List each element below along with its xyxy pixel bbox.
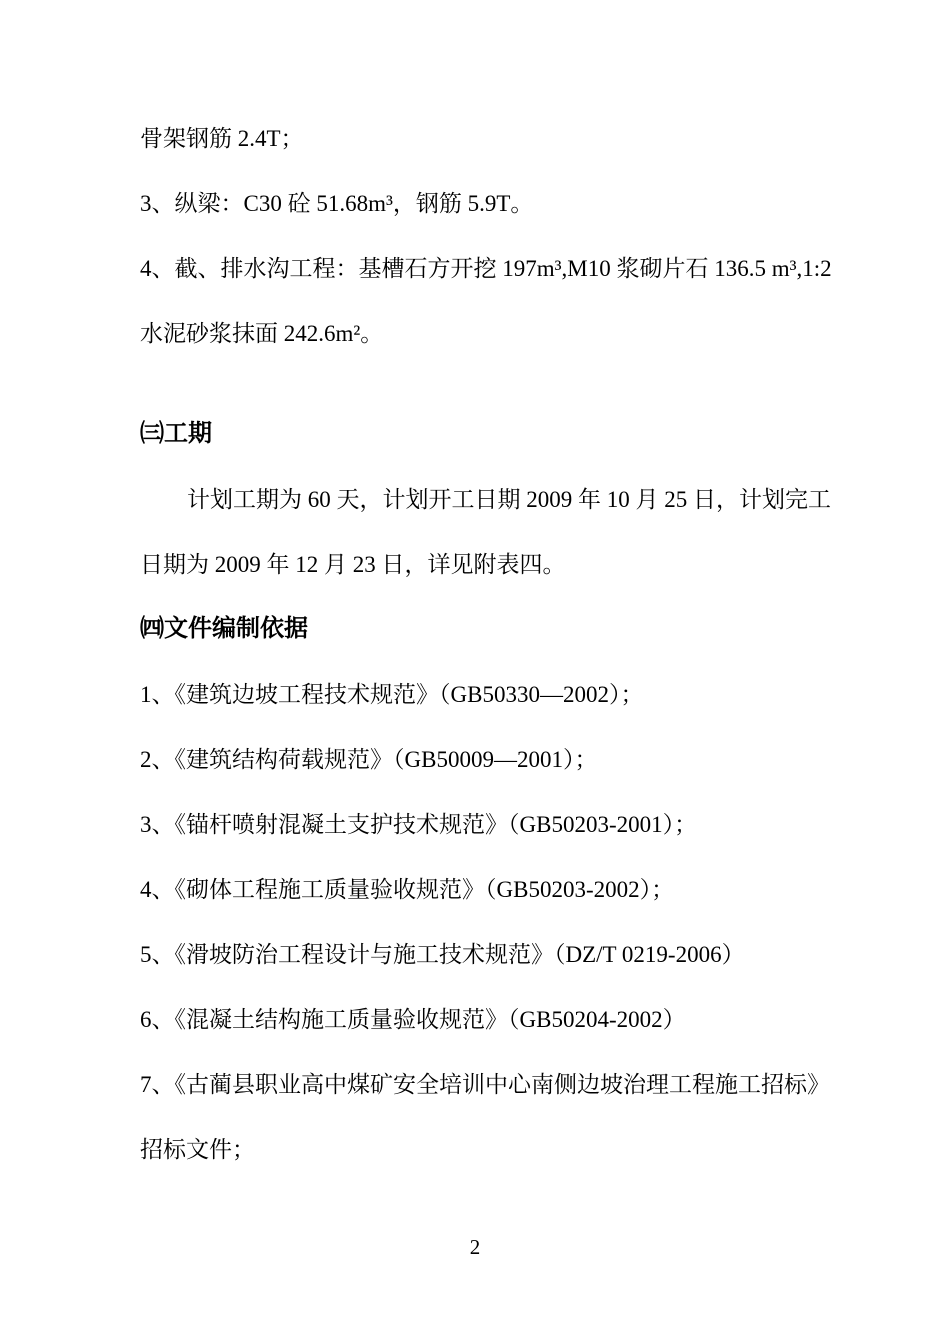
line-planned-duration: 计划工期为 60 天，计划开工日期 2009 年 10 月 25 日，计划完工: [140, 467, 820, 532]
line-mortar-finish: 水泥砂浆抹面 242.6m²。: [140, 301, 820, 366]
line-skeleton-rebar: 骨架钢筋 2.4T；: [140, 106, 820, 171]
basis-item-3: 3、《锚杆喷射混凝土支护技术规范》（GB50203-2001）；: [140, 792, 820, 857]
basis-item-7: 7、《古蔺县职业高中煤矿安全培训中心南侧边坡治理工程施工招标》: [140, 1052, 820, 1117]
basis-item-4: 4、《砌体工程施工质量验收规范》（GB50203-2002）；: [140, 857, 820, 922]
basis-item-5: 5、《滑坡防治工程设计与施工技术规范》（DZ/T 0219-2006）: [140, 922, 820, 987]
line-drainage-works: 4、截、排水沟工程：基槽石方开挖 197m³,M10 浆砌片石 136.5 m³…: [140, 236, 820, 301]
heading-construction-period: ㈢工期: [140, 402, 820, 467]
basis-item-6: 6、《混凝土结构施工质量验收规范》（GB50204-2002）: [140, 987, 820, 1052]
line-tender-document-continuation: 招标文件；: [140, 1117, 820, 1182]
line-completion-date: 日期为 2009 年 12 月 23 日，详见附表四。: [140, 532, 820, 597]
basis-item-2: 2、《建筑结构荷载规范》（GB50009—2001）；: [140, 727, 820, 792]
heading-compilation-basis: ㈣文件编制依据: [140, 597, 820, 662]
document-body: 骨架钢筋 2.4T； 3、纵梁：C30 砼 51.68m³，钢筋 5.9T。 4…: [140, 106, 820, 1182]
basis-item-1: 1、《建筑边坡工程技术规范》（GB50330—2002）；: [140, 662, 820, 727]
line-longitudinal-beam: 3、纵梁：C30 砼 51.68m³，钢筋 5.9T。: [140, 171, 820, 236]
document-page: 骨架钢筋 2.4T； 3、纵梁：C30 砼 51.68m³，钢筋 5.9T。 4…: [0, 0, 950, 1344]
page-number: 2: [0, 1232, 950, 1262]
